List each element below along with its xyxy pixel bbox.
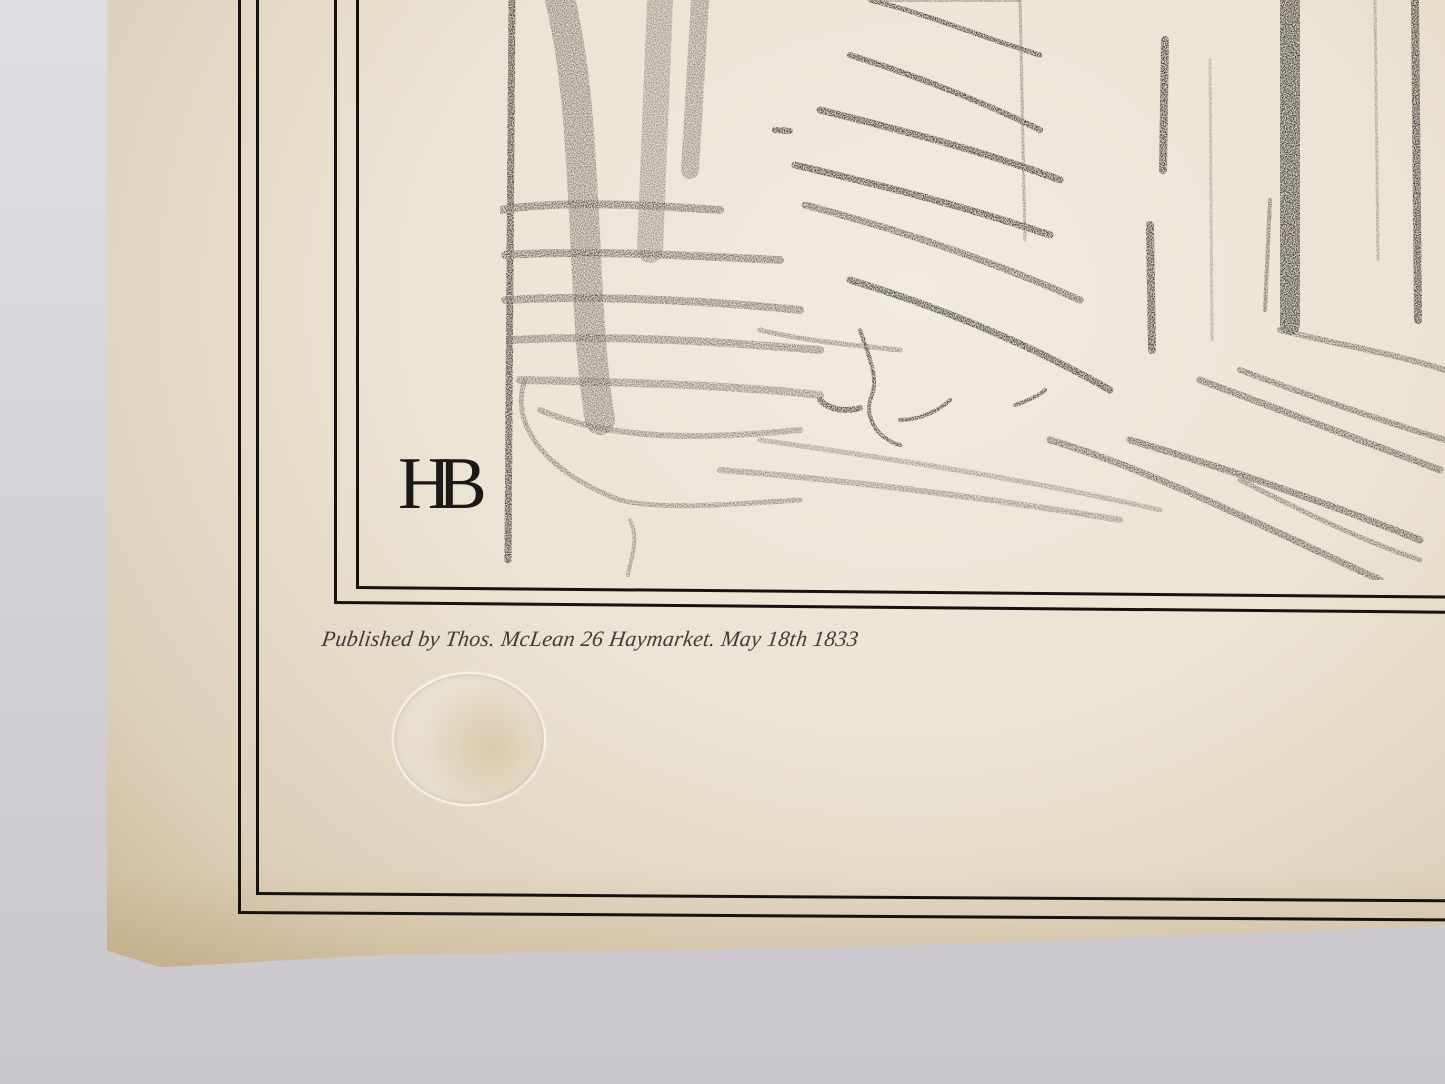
blind-stamp-text: · · · · <box>394 777 544 788</box>
publisher-imprint: Published by Thos. McLean 26 Haymarket. … <box>320 626 860 652</box>
lithograph-sketch <box>0 0 1445 620</box>
artist-monogram: HB <box>398 442 473 527</box>
blind-stamp: · · · · <box>392 672 546 806</box>
